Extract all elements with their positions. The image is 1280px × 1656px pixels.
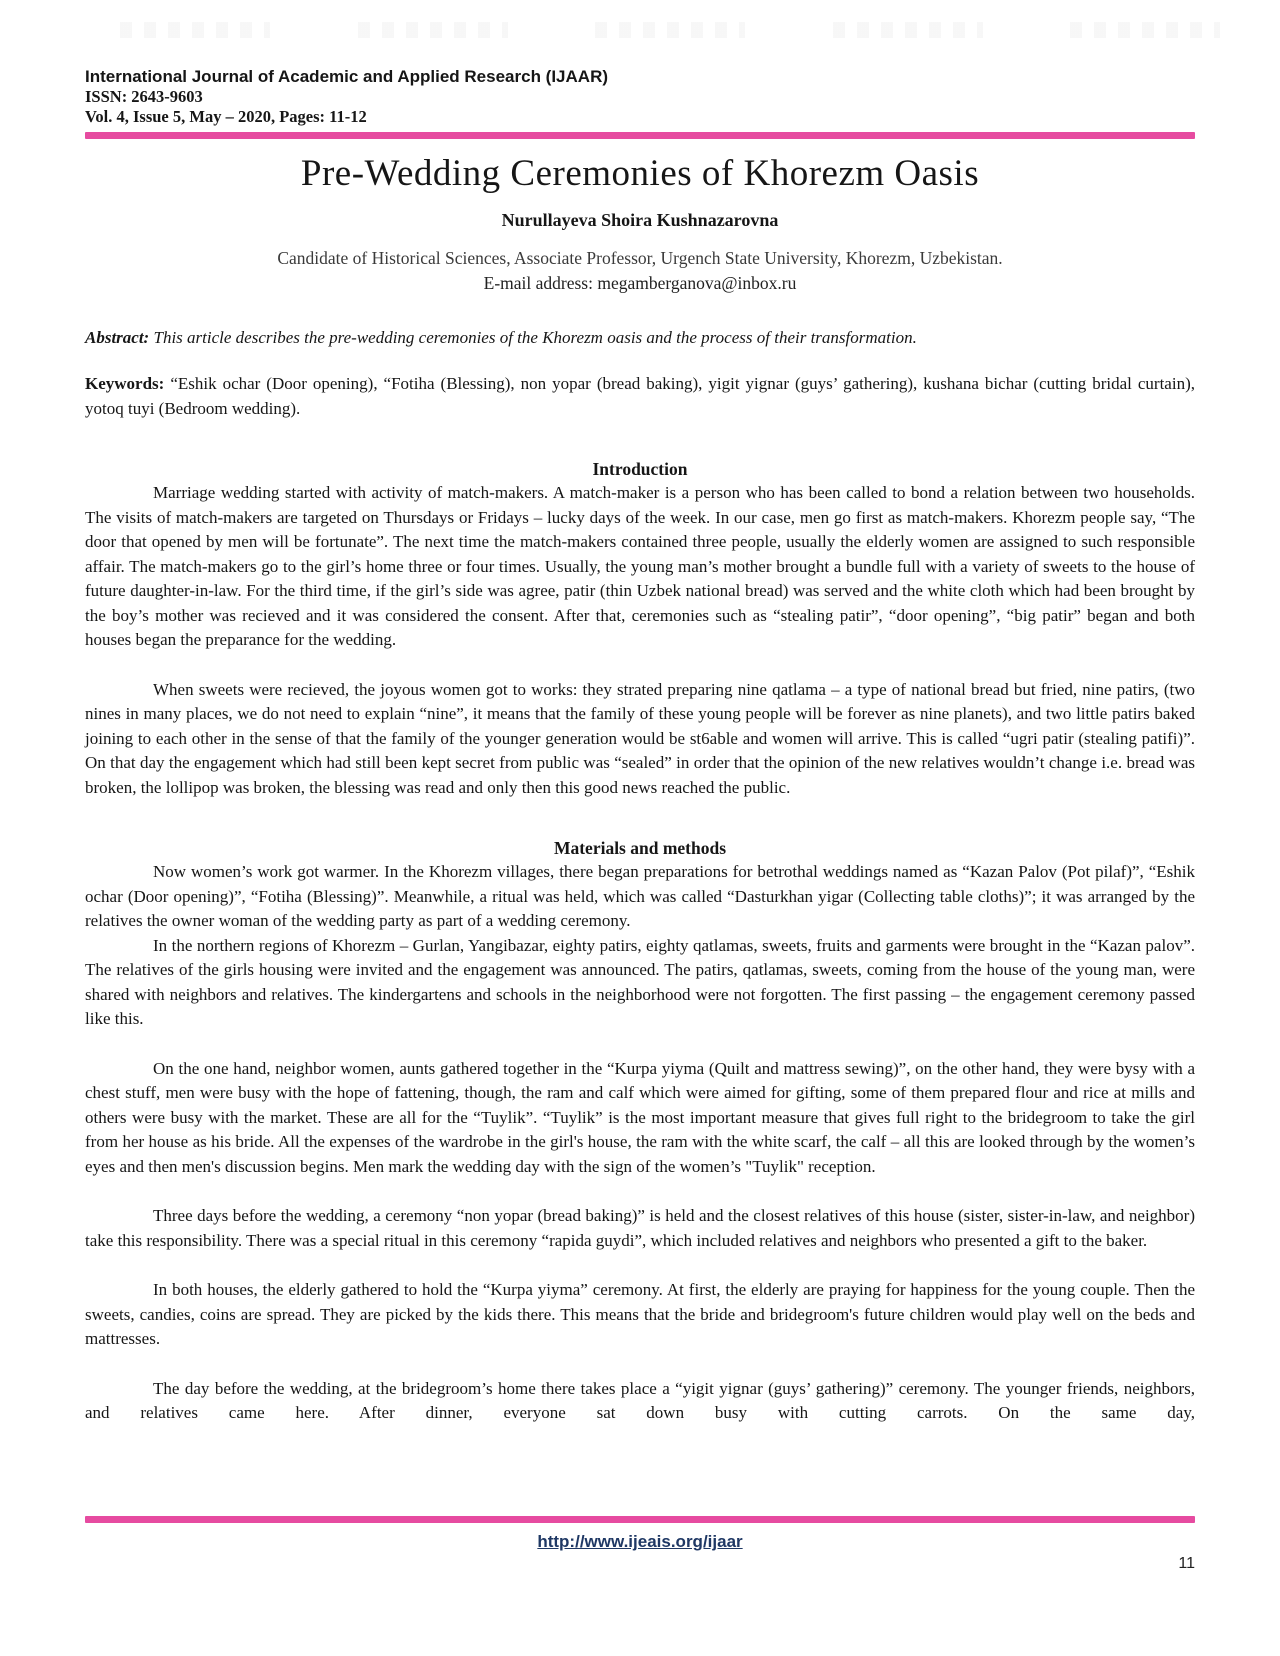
section-heading-introduction: Introduction bbox=[85, 457, 1195, 481]
keywords-label: Keywords: bbox=[85, 374, 164, 393]
header-divider-rule bbox=[85, 132, 1195, 139]
author-affiliation: Candidate of Historical Sciences, Associ… bbox=[85, 248, 1195, 269]
keywords-text: “Eshik ochar (Door opening), “Fotiha (Bl… bbox=[85, 374, 1195, 418]
volume-info-line: Vol. 4, Issue 5, May – 2020, Pages: 11-1… bbox=[85, 107, 1195, 127]
paragraph: Three days before the wedding, a ceremon… bbox=[85, 1204, 1195, 1253]
author-name: Nurullayeva Shoira Kushnazarovna bbox=[85, 210, 1195, 231]
footer-divider-rule bbox=[85, 1516, 1195, 1523]
paragraph: In both houses, the elderly gathered to … bbox=[85, 1278, 1195, 1352]
section-heading-materials-and-methods: Materials and methods bbox=[85, 836, 1195, 860]
abstract-label: Abstract: bbox=[85, 328, 149, 347]
paragraph: When sweets were recieved, the joyous wo… bbox=[85, 678, 1195, 801]
email-line: E-mail address: megamberganova@inbox.ru bbox=[85, 273, 1195, 294]
paragraph: Now women’s work got warmer. In the Khor… bbox=[85, 860, 1195, 934]
paragraph: Marriage wedding started with activity o… bbox=[85, 481, 1195, 653]
page-footer: http://www.ijeais.org/ijaar 11 bbox=[85, 1516, 1195, 1573]
page-header: International Journal of Academic and Ap… bbox=[85, 0, 1195, 127]
keywords-block: Keywords: “Eshik ochar (Door opening), “… bbox=[85, 371, 1195, 421]
paragraph: On the one hand, neighbor women, aunts g… bbox=[85, 1057, 1195, 1180]
abstract-block: Abstract: This article describes the pre… bbox=[85, 326, 1195, 350]
paragraph: In the northern regions of Khorezm – Gur… bbox=[85, 934, 1195, 1032]
journal-name: International Journal of Academic and Ap… bbox=[85, 66, 1195, 87]
journal-page: International Journal of Academic and Ap… bbox=[0, 0, 1280, 1656]
abstract-text: This article describes the pre-wedding c… bbox=[149, 328, 917, 347]
article-title: Pre-Wedding Ceremonies of Khorezm Oasis bbox=[85, 152, 1195, 195]
page-number: 11 bbox=[85, 1555, 1195, 1573]
journal-url-link[interactable]: http://www.ijeais.org/ijaar bbox=[537, 1532, 742, 1551]
paragraph: The day before the wedding, at the bride… bbox=[85, 1377, 1195, 1426]
issn-line: ISSN: 2643-9603 bbox=[85, 87, 1195, 107]
